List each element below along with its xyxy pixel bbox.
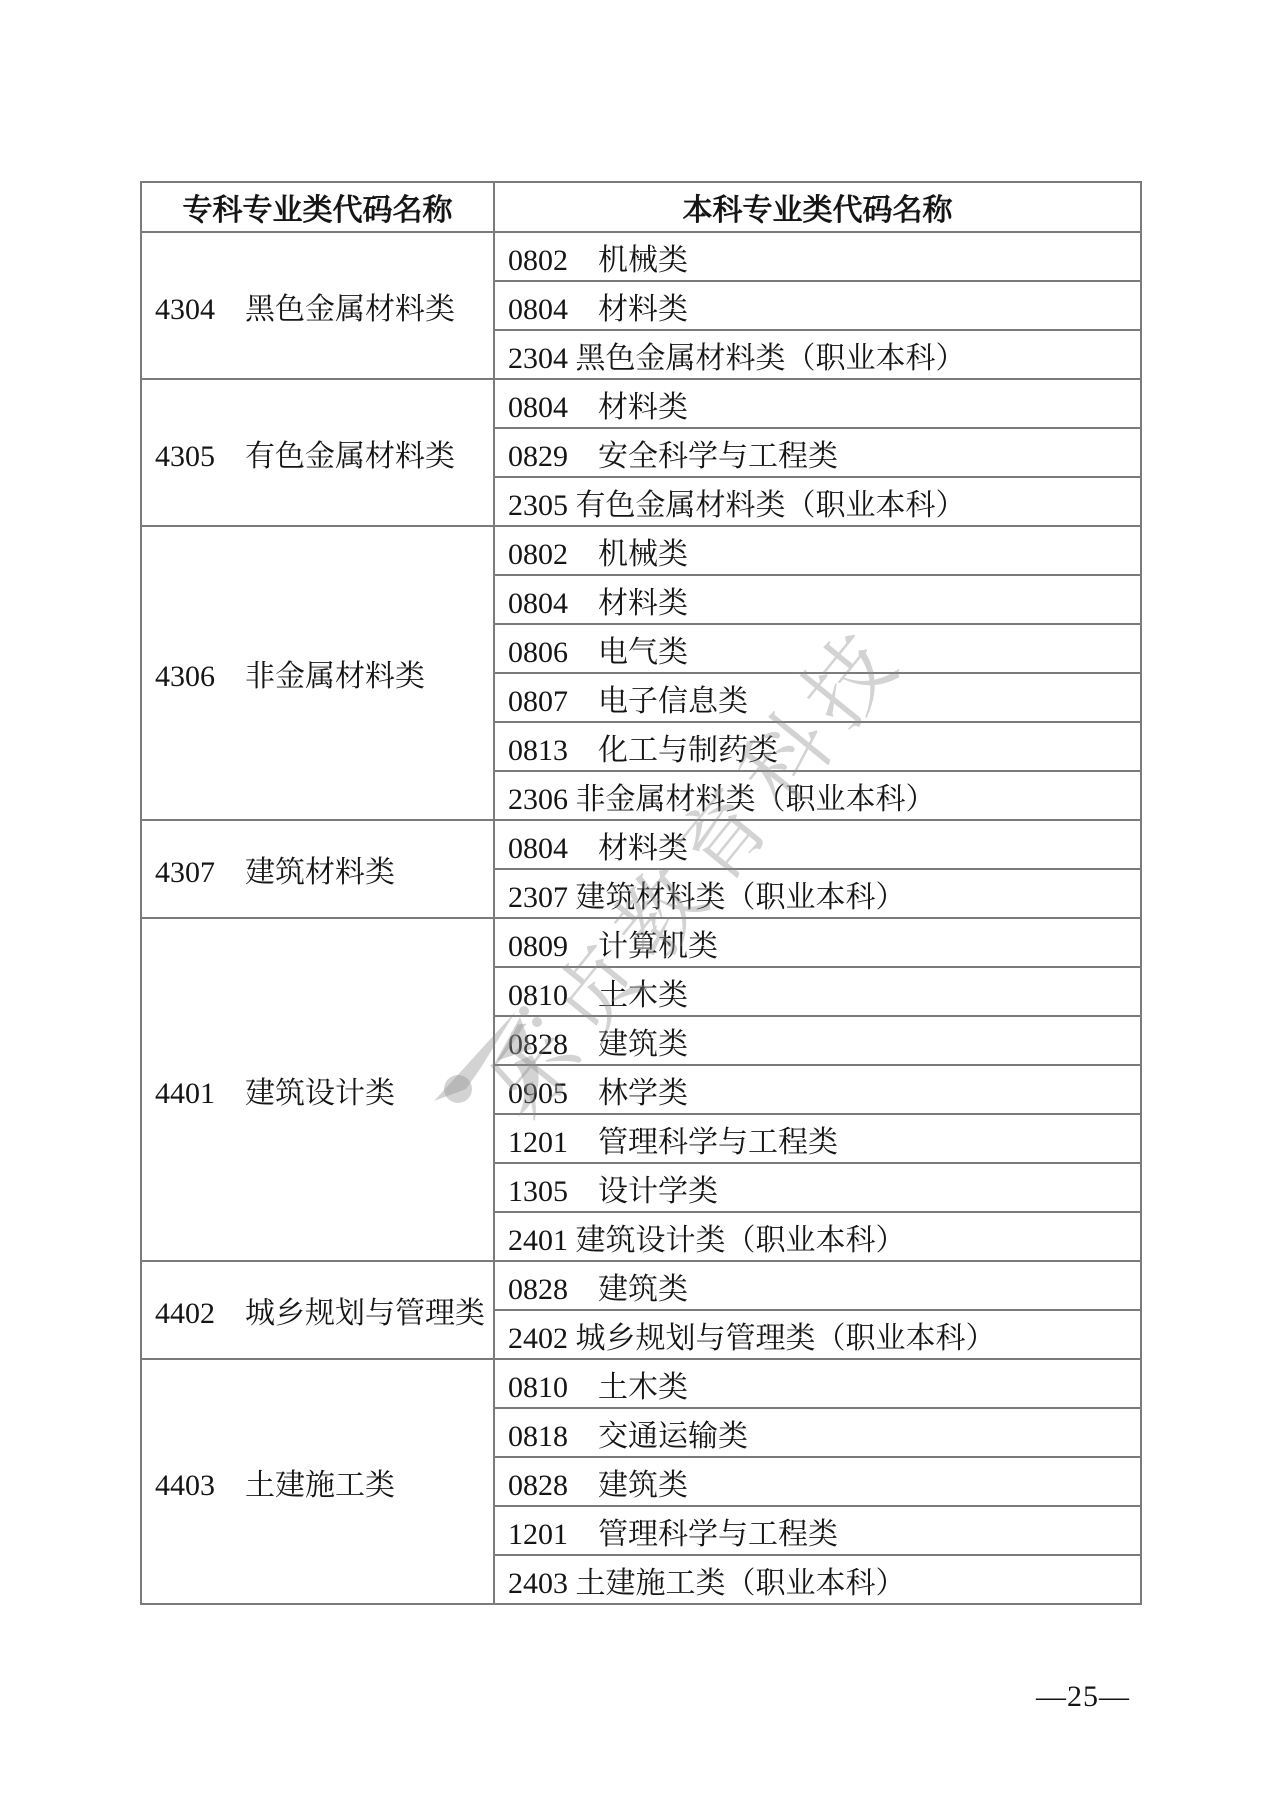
undergrad-header-cell: 本科专业类代码名称 xyxy=(494,182,1141,232)
table-row: 4402 城乡规划与管理类 0828 建筑类 xyxy=(141,1261,1141,1310)
table-row: 4307 建筑材料类 0804 材料类 xyxy=(141,820,1141,869)
undergrad-category-cell: 0829 安全科学与工程类 xyxy=(494,428,1141,477)
undergrad-category-cell: 0806 电气类 xyxy=(494,624,1141,673)
undergrad-category-cell: 2403 土建施工类（职业本科） xyxy=(494,1555,1141,1604)
undergrad-category-cell: 0905 林学类 xyxy=(494,1065,1141,1114)
undergrad-category-cell: 1305 设计学类 xyxy=(494,1163,1141,1212)
undergrad-category-cell: 0807 电子信息类 xyxy=(494,673,1141,722)
undergrad-category-cell: 2307 建筑材料类（职业本科） xyxy=(494,869,1141,918)
undergrad-category-cell: 1201 管理科学与工程类 xyxy=(494,1506,1141,1555)
college-category-cell: 4304 黑色金属材料类 xyxy=(141,232,494,379)
college-category-cell: 4401 建筑设计类 xyxy=(141,918,494,1261)
undergrad-category-cell: 2401 建筑设计类（职业本科） xyxy=(494,1212,1141,1261)
undergrad-category-cell: 0818 交通运输类 xyxy=(494,1408,1141,1457)
header-row: 专科专业类代码名称 本科专业类代码名称 xyxy=(141,182,1141,232)
undergrad-category-cell: 0813 化工与制药类 xyxy=(494,722,1141,771)
college-category-cell: 4307 建筑材料类 xyxy=(141,820,494,918)
undergrad-category-cell: 2306 非金属材料类（职业本科） xyxy=(494,771,1141,820)
undergrad-category-cell: 2402 城乡规划与管理类（职业本科） xyxy=(494,1310,1141,1359)
undergrad-category-cell: 0804 材料类 xyxy=(494,379,1141,428)
undergrad-category-cell: 0828 建筑类 xyxy=(494,1457,1141,1506)
undergrad-category-cell: 0828 建筑类 xyxy=(494,1016,1141,1065)
table-row: 4401 建筑设计类 0809 计算机类 xyxy=(141,918,1141,967)
college-category-cell: 4306 非金属材料类 xyxy=(141,526,494,820)
page-number: —25— xyxy=(1036,1680,1130,1714)
undergrad-category-cell: 0802 机械类 xyxy=(494,232,1141,281)
college-category-cell: 4305 有色金属材料类 xyxy=(141,379,494,526)
table-row: 4304 黑色金属材料类 0802 机械类 xyxy=(141,232,1141,281)
college-header-cell: 专科专业类代码名称 xyxy=(141,182,494,232)
undergrad-category-cell: 0804 材料类 xyxy=(494,575,1141,624)
undergrad-category-cell: 2304 黑色金属材料类（职业本科） xyxy=(494,330,1141,379)
undergrad-category-cell: 0828 建筑类 xyxy=(494,1261,1141,1310)
college-category-cell: 4402 城乡规划与管理类 xyxy=(141,1261,494,1359)
college-category-cell: 4403 土建施工类 xyxy=(141,1359,494,1604)
majors-mapping-table: 专科专业类代码名称 本科专业类代码名称 4304 黑色金属材料类 0802 机械… xyxy=(140,181,1142,1605)
undergrad-category-cell: 0809 计算机类 xyxy=(494,918,1141,967)
undergrad-category-cell: 1201 管理科学与工程类 xyxy=(494,1114,1141,1163)
table-row: 4306 非金属材料类 0802 机械类 xyxy=(141,526,1141,575)
document-page: { "page": { "number_label": "—25—" }, "w… xyxy=(0,0,1280,1810)
table-row: 4403 土建施工类 0810 土木类 xyxy=(141,1359,1141,1408)
undergrad-category-cell: 0810 土木类 xyxy=(494,967,1141,1016)
table-row: 4305 有色金属材料类 0804 材料类 xyxy=(141,379,1141,428)
undergrad-category-cell: 0804 材料类 xyxy=(494,820,1141,869)
undergrad-category-cell: 0810 土木类 xyxy=(494,1359,1141,1408)
undergrad-category-cell: 0804 材料类 xyxy=(494,281,1141,330)
undergrad-category-cell: 0802 机械类 xyxy=(494,526,1141,575)
undergrad-category-cell: 2305 有色金属材料类（职业本科） xyxy=(494,477,1141,526)
